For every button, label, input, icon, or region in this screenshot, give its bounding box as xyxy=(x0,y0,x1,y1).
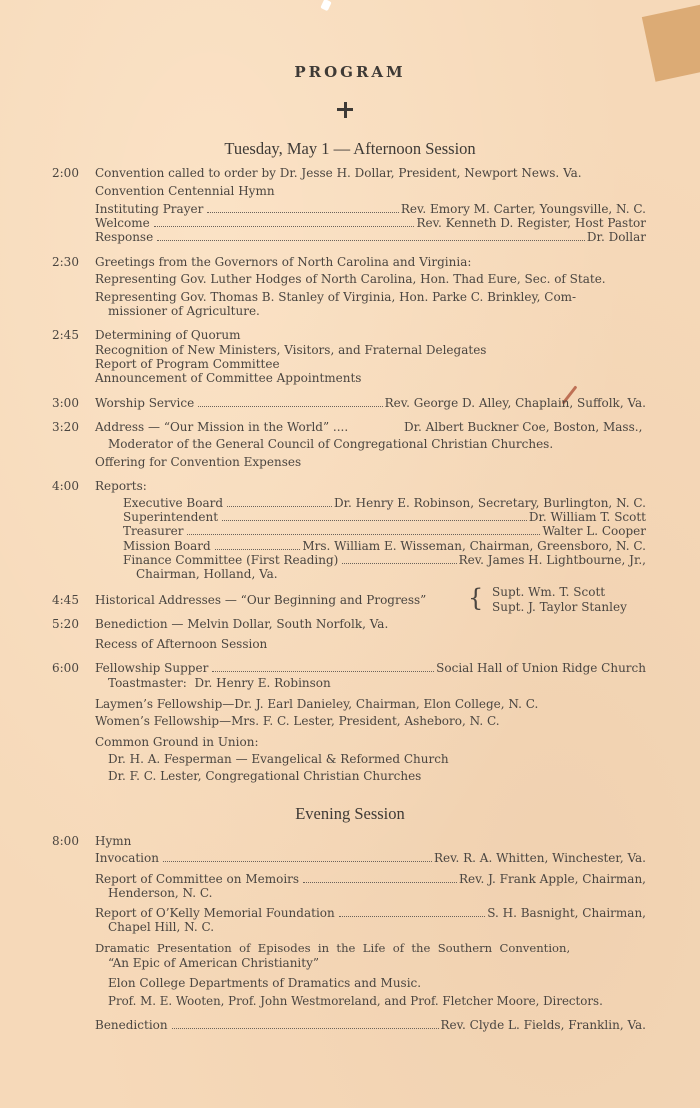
entry-text: Dramatic Presentation of Episodes in the… xyxy=(95,941,570,956)
entry-time: 4:00 xyxy=(52,479,79,494)
entry-text: “An Epic of American Christianity” xyxy=(108,956,319,971)
entry-text: Hymn xyxy=(95,834,131,849)
item-label: Superintendent xyxy=(123,510,218,525)
program-item: InvocationRev. R. A. Whitten, Winchester… xyxy=(95,851,646,866)
page-title: PROGRAM xyxy=(0,63,700,81)
program-item: SuperintendentDr. William T. Scott xyxy=(123,510,646,525)
item-person: Rev. George D. Alley, Chaplain, Suffolk,… xyxy=(385,396,646,411)
entry-text: Toastmaster: Dr. Henry E. Robinson xyxy=(108,676,331,691)
afternoon-session-heading: Tuesday, May 1 — Afternoon Session xyxy=(0,139,700,159)
program-item: Executive BoardDr. Henry E. Robinson, Se… xyxy=(123,496,646,511)
entry-text: Recognition of New Ministers, Visitors, … xyxy=(95,343,486,358)
entry-text: missioner of Agriculture. xyxy=(108,304,260,319)
entry-text: Common Ground in Union: xyxy=(95,735,259,750)
entry-text: Announcement of Committee Appointments xyxy=(95,371,361,386)
entry-text: Representing Gov. Thomas B. Stanley of V… xyxy=(95,290,576,305)
item-label: Worship Service xyxy=(95,396,194,411)
program-item: Mission BoardMrs. William E. Wisseman, C… xyxy=(123,539,646,554)
program-item: Worship ServiceRev. George D. Alley, Cha… xyxy=(95,396,646,411)
entry-text: Women’s Fellowship—Mrs. F. C. Lester, Pr… xyxy=(95,714,500,729)
item-person: Rev. R. A. Whitten, Winchester, Va. xyxy=(434,851,646,866)
item-person: Dr. Dollar xyxy=(587,230,646,245)
entry-text: Chairman, Holland, Va. xyxy=(136,567,278,582)
item-person: Rev. Emory M. Carter, Youngsville, N. C. xyxy=(401,202,646,217)
program-item: Report of O’Kelly Memorial FoundationS. … xyxy=(95,906,646,921)
item-person: Rev. Clyde L. Fields, Franklin, Va. xyxy=(441,1018,646,1033)
item-label: Response xyxy=(95,230,153,245)
entry-time: 2:45 xyxy=(52,328,79,343)
brace-icon: { xyxy=(468,584,483,612)
item-person: S. H. Basnight, Chairman, xyxy=(487,906,646,921)
entry-text: Convention called to order by Dr. Jesse … xyxy=(95,166,582,181)
item-label: Invocation xyxy=(95,851,159,866)
entry-text: Prof. M. E. Wooten, Prof. John Westmorel… xyxy=(108,994,603,1009)
program-item: ResponseDr. Dollar xyxy=(95,230,646,245)
entry-person: Dr. Albert Buckner Coe, Boston, Mass., xyxy=(404,420,642,435)
entry-text: Historical Addresses — “Our Beginning an… xyxy=(95,593,426,608)
entry-time: 5:20 xyxy=(52,617,79,632)
entry-text: Recess of Afternoon Session xyxy=(95,637,267,652)
entry-text: Benediction — Melvin Dollar, South Norfo… xyxy=(95,617,388,632)
program-item: Report of Committee on MemoirsRev. J. Fr… xyxy=(95,872,646,887)
item-person: Dr. William T. Scott xyxy=(529,510,646,525)
item-place: Social Hall of Union Ridge Church xyxy=(436,661,646,676)
program-item: Fellowship SupperSocial Hall of Union Ri… xyxy=(95,661,646,676)
program-item: Finance Committee (First Reading)Rev. Ja… xyxy=(123,553,646,568)
cross-icon xyxy=(337,102,353,118)
program-item: BenedictionRev. Clyde L. Fields, Frankli… xyxy=(95,1018,646,1033)
entry-text: Offering for Convention Expenses xyxy=(95,455,301,470)
entry-time: 2:00 xyxy=(52,166,79,181)
item-label: Instituting Prayer xyxy=(95,202,203,217)
entry-text: Henderson, N. C. xyxy=(108,886,212,901)
item-person: Dr. Henry E. Robinson, Secretary, Burlin… xyxy=(334,496,646,511)
item-label: Report of Committee on Memoirs xyxy=(95,872,299,887)
entry-text: Moderator of the General Council of Cong… xyxy=(108,437,553,452)
entry-text: Chapel Hill, N. C. xyxy=(108,920,214,935)
item-person: Mrs. William E. Wisseman, Chairman, Gree… xyxy=(302,539,646,554)
entry-text: Dr. F. C. Lester, Congregational Christi… xyxy=(108,769,421,784)
item-label: Fellowship Supper xyxy=(95,661,208,676)
entry-text: Reports: xyxy=(95,479,147,494)
entry-text: Dr. H. A. Fesperman — Evangelical & Refo… xyxy=(108,752,449,767)
entry-text: Address — “Our Mission in the World” ...… xyxy=(95,420,348,435)
entry-text: Greetings from the Governors of North Ca… xyxy=(95,255,471,270)
entry-text: Laymen’s Fellowship—Dr. J. Earl Danieley… xyxy=(95,697,538,712)
entry-time: 3:20 xyxy=(52,420,79,435)
entry-time: 3:00 xyxy=(52,396,79,411)
entry-time: 8:00 xyxy=(52,834,79,849)
speaker: Supt. J. Taylor Stanley xyxy=(492,600,627,615)
item-person: Rev. J. Frank Apple, Chairman, xyxy=(459,872,646,887)
item-label: Treasurer xyxy=(123,524,183,539)
entry-text: Determining of Quorum xyxy=(95,328,241,343)
program-item: WelcomeRev. Kenneth D. Register, Host Pa… xyxy=(95,216,646,231)
item-person: Rev. James H. Lightbourne, Jr., xyxy=(459,553,646,568)
entry-text: Elon College Departments of Dramatics an… xyxy=(108,976,421,991)
entry-time: 2:30 xyxy=(52,255,79,270)
item-label: Welcome xyxy=(95,216,150,231)
entry-time: 4:45 xyxy=(52,593,79,608)
item-label: Finance Committee (First Reading) xyxy=(123,553,338,568)
item-label: Executive Board xyxy=(123,496,223,511)
entry-text: Convention Centennial Hymn xyxy=(95,184,275,199)
program-item: TreasurerWalter L. Cooper xyxy=(123,524,646,539)
program-item: Instituting PrayerRev. Emory M. Carter, … xyxy=(95,202,646,217)
item-label: Benediction xyxy=(95,1018,168,1033)
entry-text: Report of Program Committee xyxy=(95,357,280,372)
item-label: Mission Board xyxy=(123,539,211,554)
item-label: Report of O’Kelly Memorial Foundation xyxy=(95,906,335,921)
entry-text: Representing Gov. Luther Hodges of North… xyxy=(95,272,606,287)
evening-session-heading: Evening Session xyxy=(0,804,700,824)
entry-time: 6:00 xyxy=(52,661,79,676)
item-person: Walter L. Cooper xyxy=(542,524,646,539)
speaker: Supt. Wm. T. Scott xyxy=(492,585,605,600)
item-person: Rev. Kenneth D. Register, Host Pastor xyxy=(416,216,646,231)
